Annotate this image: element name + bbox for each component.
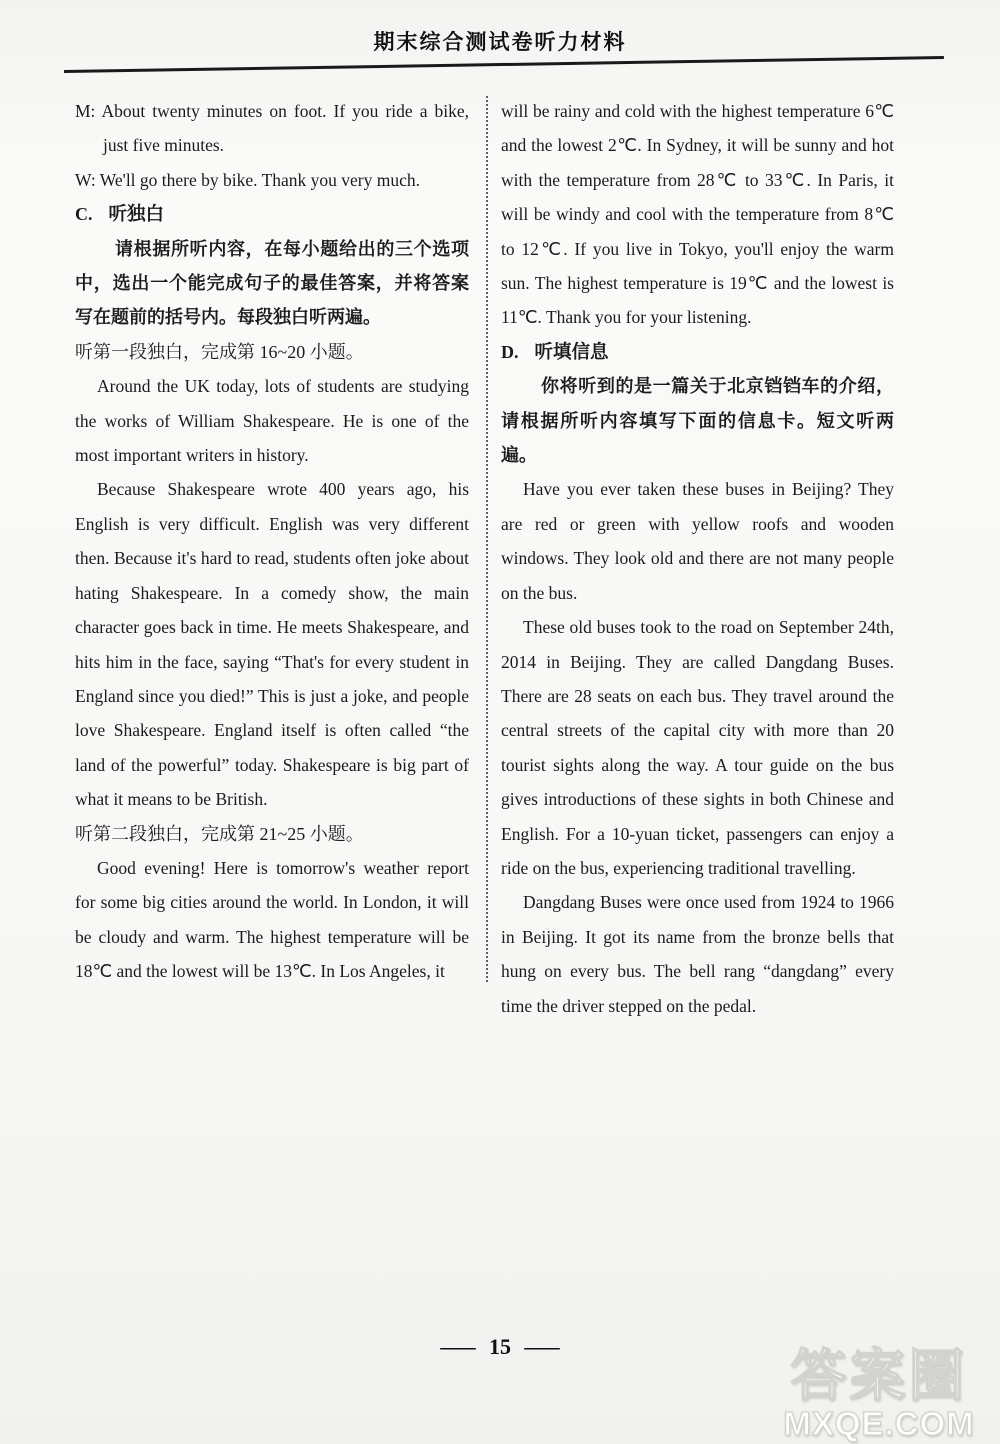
paragraph: 听第二段独白，完成第 21~25 小题。 xyxy=(75,817,469,851)
section-heading: C.听独白 xyxy=(75,197,469,231)
paragraph: 听第一段独白，完成第 16~20 小题。 xyxy=(75,335,469,369)
header-rule xyxy=(64,56,944,73)
paragraph: Dangdang Buses were once used from 1924 … xyxy=(501,885,894,1023)
column-divider xyxy=(486,96,488,982)
section-label: C. xyxy=(75,204,93,224)
section-title: 听独白 xyxy=(109,203,165,224)
paragraph: 你将听到的是一篇关于北京铛铛车的介绍，请根据所听内容填写下面的信息卡。短文听两遍… xyxy=(501,369,894,472)
watermark: 答案圈 MXQE.COM xyxy=(764,1347,994,1442)
paragraph: Good evening! Here is tomorrow's weather… xyxy=(75,851,469,989)
paragraph: Because Shakespeare wrote 400 years ago,… xyxy=(75,472,469,816)
left-column: M: About twenty minutes on foot. If you … xyxy=(75,94,469,989)
dialog-line: W: We'll go there by bike. Thank you ver… xyxy=(75,163,469,197)
page-number-dash-left: — xyxy=(440,1334,475,1360)
watermark-brand: 答案圈 xyxy=(764,1347,994,1406)
right-column: will be rainy and cold with the highest … xyxy=(501,94,894,1023)
page-title: 期末综合测试卷听力材料 xyxy=(0,26,1000,56)
paragraph: Around the UK today, lots of students ar… xyxy=(75,369,469,472)
section-title: 听填信息 xyxy=(535,341,609,362)
section-heading: D.听填信息 xyxy=(501,335,894,369)
section-label: D. xyxy=(501,342,519,362)
page-number-dash-right: — xyxy=(524,1334,559,1360)
page-number-value: 15 xyxy=(489,1334,511,1360)
paragraph: 请根据所听内容，在每小题给出的三个选项中，选出一个能完成句子的最佳答案，并将答案… xyxy=(75,232,469,335)
paragraph: These old buses took to the road on Sept… xyxy=(501,610,894,885)
watermark-site: MXQE.COM xyxy=(764,1407,994,1442)
document-page: 期末综合测试卷听力材料 M: About twenty minutes on f… xyxy=(0,0,1000,1444)
paragraph: Have you ever taken these buses in Beiji… xyxy=(501,472,894,610)
dialog-line: M: About twenty minutes on foot. If you … xyxy=(75,94,469,163)
paragraph: will be rainy and cold with the highest … xyxy=(501,94,894,335)
